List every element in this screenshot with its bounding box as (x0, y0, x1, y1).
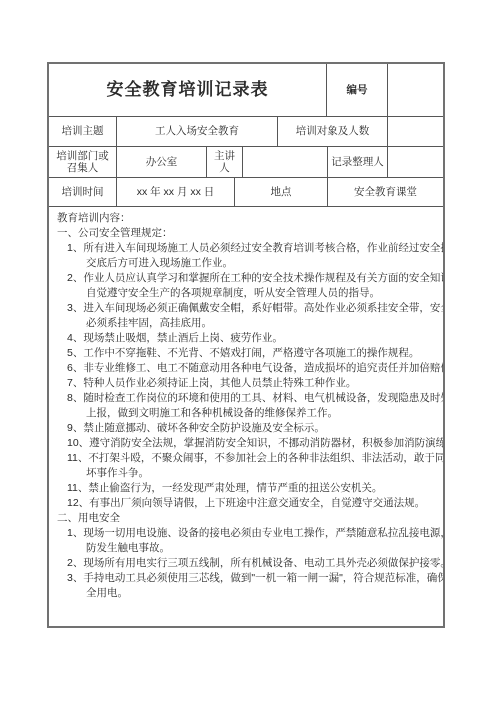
content-line: 11、不打架斗殴，不聚众闹事，不参加社会上的各种非法组织、非法活动，敢于同坏人 (67, 451, 437, 466)
audience-label: 培训对象及人数 (278, 117, 388, 147)
number-label: 编号 (327, 64, 388, 117)
content-line: 教育培训内容： (57, 211, 437, 226)
number-value-cell (388, 64, 443, 117)
title-row: 安全教育培训记录表 编号 (49, 64, 443, 117)
department-label: 培训部门或召集人 (49, 147, 117, 178)
content-line: 上报，做到文明施工和各种机械设备的维修保养工作。 (86, 406, 437, 421)
speaker-value-cell (243, 147, 328, 178)
content-line: 1、现场一切用电设施、设备的接电必须由专业电工操作，严禁随意私拉乱接电源，以 (67, 526, 437, 541)
document-page: 安全教育培训记录表 编号 培训主题 工人入场安全教育 培训对象及人数 培训部门或… (0, 0, 500, 707)
location-label: 地点 (235, 178, 328, 207)
topic-value: 工人入场安全教育 (117, 117, 278, 147)
topic-row: 培训主题 工人入场安全教育 培训对象及人数 (49, 117, 443, 147)
content-line: 一、公司安全管理规定： (57, 226, 437, 241)
content-line: 6、非专业维修工、电工不随意动用各种电气设备，造成损坏的追究责任并加倍赔偿。 (67, 361, 437, 376)
content-line: 二、用电安全 (57, 511, 437, 526)
content-line: 2、现场所有用电实行三项五线制，所有机械设备、电动工具外壳必须做保护接零。 (67, 556, 437, 571)
content-line: 交底后方可进入现场施工作业。 (86, 256, 437, 271)
location-value: 安全教育课堂 (328, 178, 443, 207)
content-line: 8、随时检查工作岗位的环境和使用的工具、材料、电气机械设备，发现隐患及时处理 (67, 391, 437, 406)
content-line: 4、现场禁止吸烟，禁止酒后上岗、疲劳作业。 (67, 331, 437, 346)
content-line: 11、禁止偷盗行为，一经发现严肃处理，情节严重的扭送公安机关。 (67, 481, 437, 496)
content-line: 12、有事出厂须向领导请假，上下班途中注意交通安全，自觉遵守交通法规。 (67, 496, 437, 511)
speaker-label: 主讲人 (207, 147, 243, 178)
training-record-form: 安全教育培训记录表 编号 培训主题 工人入场安全教育 培训对象及人数 培训部门或… (47, 62, 445, 628)
content-line: 7、特种人员作业必须持证上岗，其他人员禁止特殊工种作业。 (67, 376, 437, 391)
topic-label: 培训主题 (49, 117, 117, 147)
content-line: 10、遵守消防安全法规，掌握消防安全知识，不挪动消防器材，积极参加消防演练活动。 (67, 436, 437, 451)
content-line: 必须系挂牢固，高挂底用。 (86, 316, 437, 331)
content-line: 2、作业人员应认真学习和掌握所在工种的安全技术操作规程及有关方面的安全知识， (67, 271, 437, 286)
content-line: 坏事作斗争。 (86, 466, 437, 481)
training-content: 教育培训内容：一、公司安全管理规定：1、所有进入车间现场施工人员必须经过安全教育… (49, 207, 443, 626)
content-line: 9、禁止随意挪动、破坏各种安全防护设施及安全标示。 (67, 421, 437, 436)
department-value: 办公室 (117, 147, 207, 178)
content-line: 3、手持电动工具必须使用三芯线，做到"一机一箱一闸一漏"，符合规范标准，确保安 (67, 571, 437, 586)
form-title: 安全教育培训记录表 (49, 64, 327, 117)
time-label: 培训时间 (49, 178, 117, 207)
content-line: 5、工作中不穿拖鞋、不光背、不嬉戏打闹，严格遵守各项施工的操作规程。 (67, 346, 437, 361)
content-line: 全用电。 (86, 586, 437, 601)
time-row: 培训时间 xx 年 xx 月 xx 日 地点 安全教育课堂 (49, 178, 443, 207)
content-line: 1、所有进入车间现场施工人员必须经过安全教育培训考核合格，作业前经过安全技术 (67, 241, 437, 256)
recorder-value-cell (388, 147, 443, 178)
content-row: 教育培训内容：一、公司安全管理规定：1、所有进入车间现场施工人员必须经过安全教育… (49, 207, 443, 626)
time-value: xx 年 xx 月 xx 日 (117, 178, 235, 207)
department-row: 培训部门或召集人 办公室 主讲人 记录整理人 (49, 147, 443, 178)
content-line: 防发生触电事故。 (86, 541, 437, 556)
content-line: 3、进入车间现场必须正确佩戴安全帽，系好帽带。高处作业必须系挂安全带，安全带 (67, 301, 437, 316)
audience-value-cell (388, 117, 443, 147)
recorder-label: 记录整理人 (328, 147, 388, 178)
content-line: 自觉遵守安全生产的各项规章制度，听从安全管理人员的指导。 (86, 286, 437, 301)
